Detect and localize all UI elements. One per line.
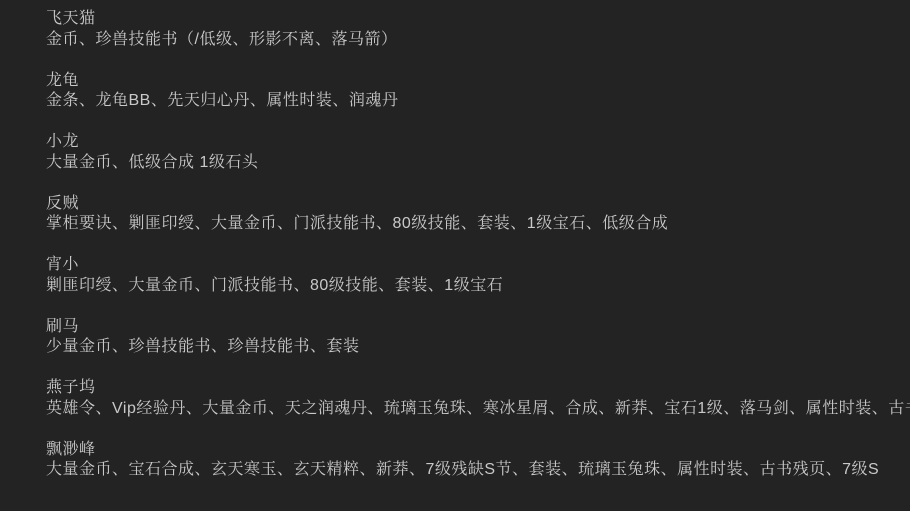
drop-group: 龙龟 金条、龙龟BB、先天归心丹、属性时装、润魂丹 — [46, 71, 896, 112]
monster-name: 飘渺峰 — [46, 440, 896, 461]
monster-drops: 英雄令、Vip经验丹、大量金币、天之润魂丹、琉璃玉兔珠、寒冰星屑、合成、新莽、宝… — [46, 399, 896, 420]
drop-group: 小龙 大量金币、低级合成 1级石头 — [46, 132, 896, 173]
drop-group: 燕子坞 英雄令、Vip经验丹、大量金币、天之润魂丹、琉璃玉兔珠、寒冰星屑、合成、… — [46, 378, 896, 419]
monster-name: 燕子坞 — [46, 378, 896, 399]
monster-drops: 大量金币、宝石合成、玄天寒玉、玄天精粹、新莽、7级残缺S节、套装、琉璃玉兔珠、属… — [46, 460, 896, 481]
monster-name: 刷马 — [46, 317, 896, 338]
drop-group: 飘渺峰 大量金币、宝石合成、玄天寒玉、玄天精粹、新莽、7级残缺S节、套装、琉璃玉… — [46, 440, 896, 481]
monster-drops: 大量金币、低级合成 1级石头 — [46, 153, 896, 174]
monster-drops: 金条、龙龟BB、先天归心丹、属性时装、润魂丹 — [46, 91, 896, 112]
drop-group: 宵小 剿匪印绶、大量金币、门派技能书、80级技能、套装、1级宝石 — [46, 255, 896, 296]
drop-group: 刷马 少量金币、珍兽技能书、珍兽技能书、套装 — [46, 317, 896, 358]
monster-name: 龙龟 — [46, 71, 896, 92]
drop-list-groups: 飞天猫 金币、珍兽技能书（/低级、形影不离、落马箭） 龙龟 金条、龙龟BB、先天… — [46, 9, 896, 481]
drop-group: 反贼 掌柜要诀、剿匪印绶、大量金币、门派技能书、80级技能、套装、1级宝石、低级… — [46, 194, 896, 235]
drop-group: 飞天猫 金币、珍兽技能书（/低级、形影不离、落马箭） — [46, 9, 896, 50]
monster-drops: 少量金币、珍兽技能书、珍兽技能书、套装 — [46, 337, 896, 358]
monster-drops: 掌柜要诀、剿匪印绶、大量金币、门派技能书、80级技能、套装、1级宝石、低级合成 — [46, 214, 896, 235]
monster-name: 反贼 — [46, 194, 896, 215]
monster-drops: 剿匪印绶、大量金币、门派技能书、80级技能、套装、1级宝石 — [46, 276, 896, 297]
monster-name: 飞天猫 — [46, 9, 896, 30]
monster-name: 小龙 — [46, 132, 896, 153]
drop-list-document: 飞天猫 金币、珍兽技能书（/低级、形影不离、落马箭） 龙龟 金条、龙龟BB、先天… — [0, 0, 910, 511]
monster-drops: 金币、珍兽技能书（/低级、形影不离、落马箭） — [46, 30, 896, 51]
monster-name: 宵小 — [46, 255, 896, 276]
